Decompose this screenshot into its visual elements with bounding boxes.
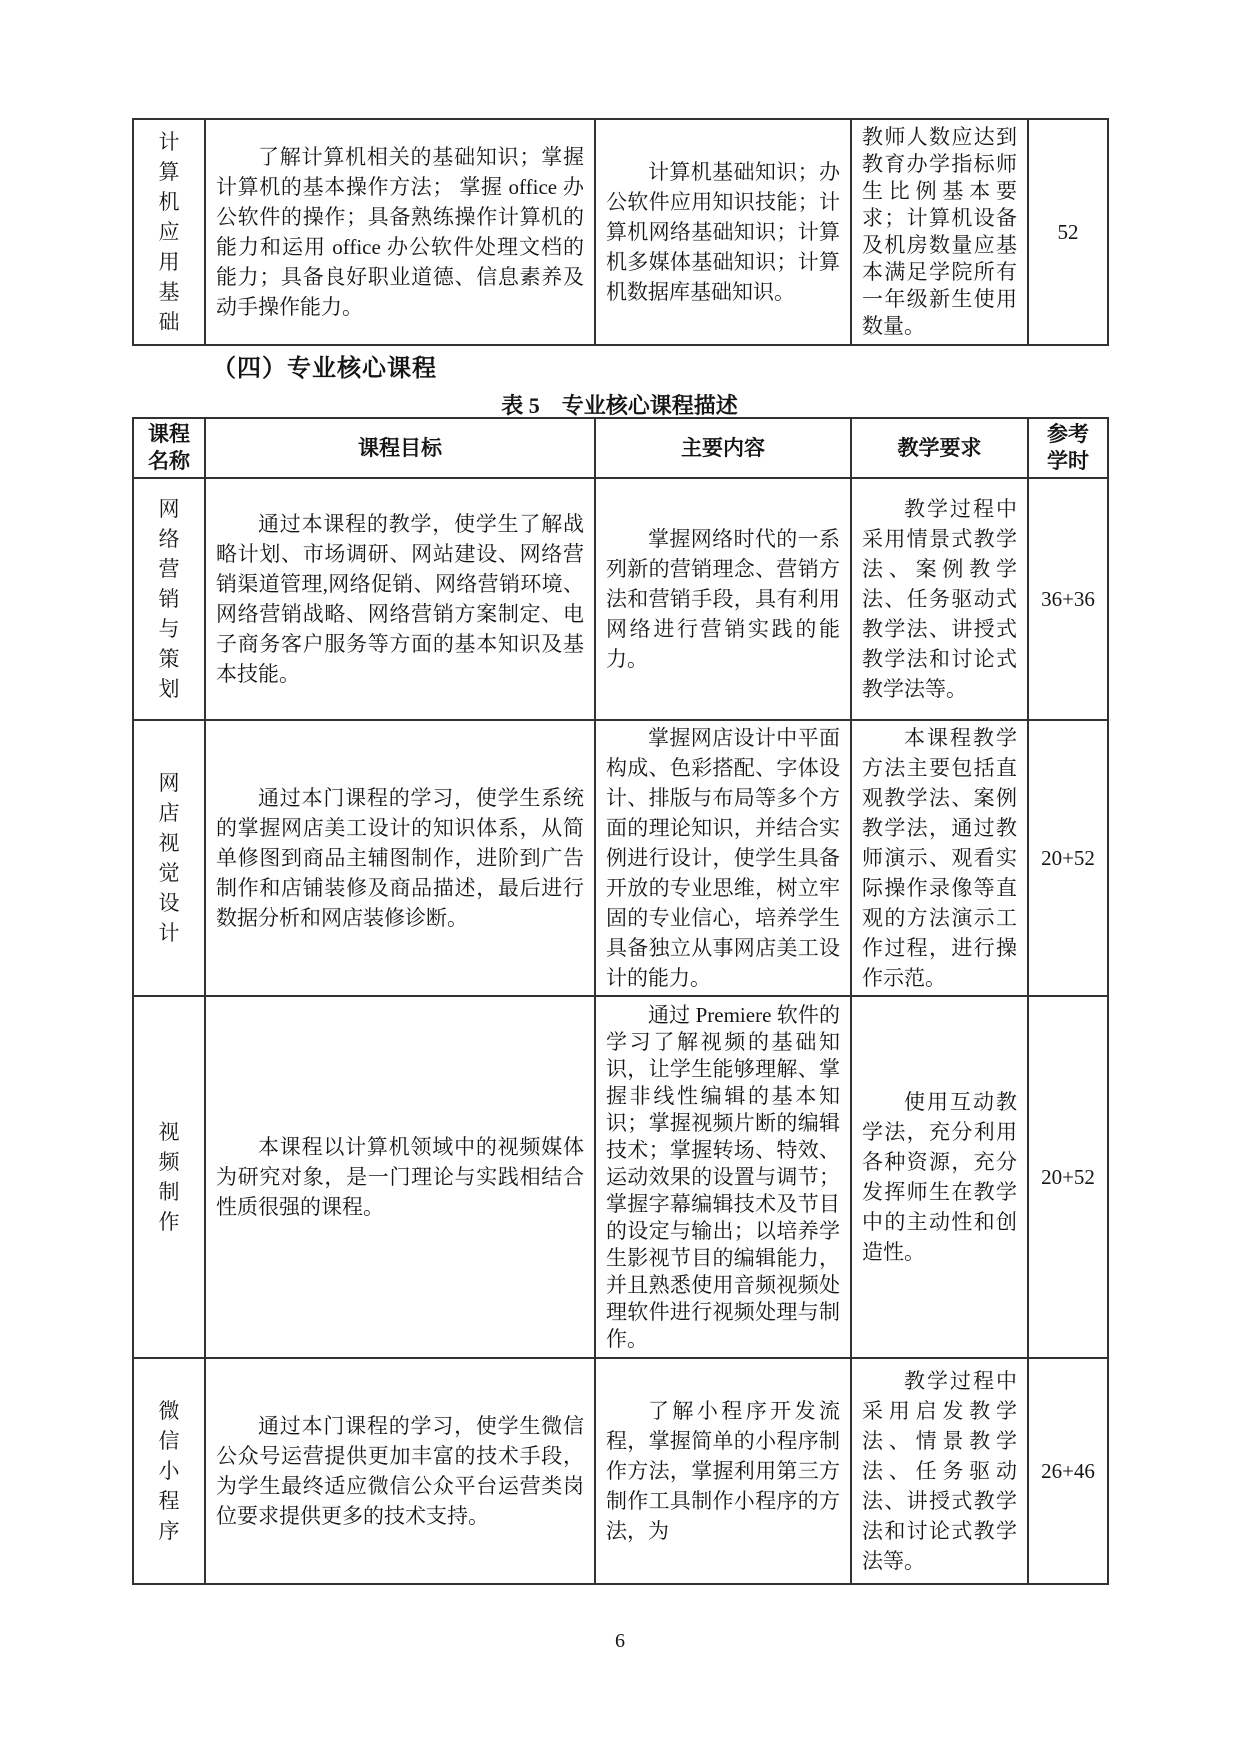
course-name-cell: 微信小程序 xyxy=(133,1358,205,1584)
table-row: 微信小程序 通过本门课程的学习，使学生微信公众号运营提供更加丰富的技术手段，为学… xyxy=(133,1358,1108,1584)
page-number: 6 xyxy=(0,1630,1240,1653)
course-goal: 通过本课程的教学，使学生了解战略计划、市场调研、网站建设、网络营销渠道管理,网络… xyxy=(216,509,584,689)
previous-course-table: 计算机应用基础 了解计算机相关的基础知识；掌握计算机的基本操作方法； 掌握 of… xyxy=(132,118,1109,346)
course-content-cell: 了解小程序开发流程，掌握简单的小程序制作方法，掌握利用第三方制作工具制作小程序的… xyxy=(595,1358,851,1584)
course-name-cell: 视频制作 xyxy=(133,996,205,1358)
course-requirement: 教学过程中采用情景式教学法、案例教学法、任务驱动式教学法、讲授式教学法和讨论式教… xyxy=(862,494,1017,704)
course-hours-cell: 20+52 xyxy=(1028,720,1108,996)
header-teaching-requirement: 教学要求 xyxy=(851,418,1028,478)
course-requirement: 教学过程中采用启发教学法、情景教学法、任务驱动法、讲授式教学法和讨论式教学法等。 xyxy=(862,1366,1017,1576)
table5-caption: 表 5 专业核心课程描述 xyxy=(132,389,1107,420)
course-content: 了解小程序开发流程，掌握简单的小程序制作方法，掌握利用第三方制作工具制作小程序的… xyxy=(606,1396,840,1546)
course-requirement: 使用互动教学法，充分利用各种资源，充分发挥师生在教学中的主动性和创造性。 xyxy=(862,1087,1017,1267)
course-goal-cell: 通过本门课程的学习，使学生系统的掌握网店美工设计的知识体系，从简单修图到商品主辅… xyxy=(205,720,595,996)
table-row: 网店视觉设计 通过本门课程的学习，使学生系统的掌握网店美工设计的知识体系，从简单… xyxy=(133,720,1108,996)
course-goal-cell: 本课程以计算机领域中的视频媒体为研究对象，是一门理论与实践相结合性质很强的课程。 xyxy=(205,996,595,1358)
course-hours: 20+52 xyxy=(1041,1165,1095,1189)
course-name-cell: 网店视觉设计 xyxy=(133,720,205,996)
course-name-cell: 网络营销与策划 xyxy=(133,478,205,720)
course-content-cell: 通过 Premiere 软件的学习了解视频的基础知识，让学生能够理解、掌握非线性… xyxy=(595,996,851,1358)
course-hours: 52 xyxy=(1058,220,1079,244)
course-goal-cell: 通过本课程的教学，使学生了解战略计划、市场调研、网站建设、网络营销渠道管理,网络… xyxy=(205,478,595,720)
course-hours: 20+52 xyxy=(1041,846,1095,870)
course-content-cell: 掌握网店设计中平面构成、色彩搭配、字体设计、排版与布局等多个方面的理论知识，并结… xyxy=(595,720,851,996)
course-goal-cell: 通过本门课程的学习，使学生微信公众号运营提供更加丰富的技术手段，为学生最终适应微… xyxy=(205,1358,595,1584)
course-content: 通过 Premiere 软件的学习了解视频的基础知识，让学生能够理解、掌握非线性… xyxy=(606,1002,840,1353)
course-goal: 本课程以计算机领域中的视频媒体为研究对象，是一门理论与实践相结合性质很强的课程。 xyxy=(216,1132,584,1222)
header-reference-hours: 参考学时 xyxy=(1028,418,1108,478)
table-row: 视频制作 本课程以计算机领域中的视频媒体为研究对象，是一门理论与实践相结合性质很… xyxy=(133,996,1108,1358)
header-course-name: 课程名称 xyxy=(133,418,205,478)
course-name: 网店视觉设计 xyxy=(156,768,182,948)
course-goal: 通过本门课程的学习，使学生微信公众号运营提供更加丰富的技术手段，为学生最终适应微… xyxy=(216,1411,584,1531)
course-requirement-cell: 教学过程中采用情景式教学法、案例教学法、任务驱动式教学法、讲授式教学法和讨论式教… xyxy=(851,478,1028,720)
core-course-table: 课程名称 课程目标 主要内容 教学要求 参考学时 网络营销与策划 通过本课程的教… xyxy=(132,417,1109,1585)
course-requirement: 本课程教学方法主要包括直观教学法、案例教学法，通过教师演示、观看实际操作录像等直… xyxy=(862,723,1017,993)
course-goal: 通过本门课程的学习，使学生系统的掌握网店美工设计的知识体系，从简单修图到商品主辅… xyxy=(216,783,584,933)
course-content: 掌握网络时代的一系列新的营销理念、营销方法和营销手段，具有利用网络进行营销实践的… xyxy=(606,524,840,674)
table-row: 计算机应用基础 了解计算机相关的基础知识；掌握计算机的基本操作方法； 掌握 of… xyxy=(133,119,1108,345)
course-hours-cell: 20+52 xyxy=(1028,996,1108,1358)
course-name: 网络营销与策划 xyxy=(156,494,182,704)
section-heading: （四）专业核心课程 xyxy=(212,348,437,383)
course-requirement-cell: 使用互动教学法，充分利用各种资源，充分发挥师生在教学中的主动性和创造性。 xyxy=(851,996,1028,1358)
course-name: 微信小程序 xyxy=(156,1396,182,1546)
course-content: 掌握网店设计中平面构成、色彩搭配、字体设计、排版与布局等多个方面的理论知识，并结… xyxy=(606,723,840,993)
table-header-row: 课程名称 课程目标 主要内容 教学要求 参考学时 xyxy=(133,418,1108,478)
course-name-cell: 计算机应用基础 xyxy=(133,119,205,345)
course-goal: 了解计算机相关的基础知识；掌握计算机的基本操作方法； 掌握 office 办公软… xyxy=(216,142,584,322)
course-requirement: 教师人数应达到教育办学指标师生比例基本要求；计算机设备及机房数量应基本满足学院所… xyxy=(862,124,1017,340)
course-hours-cell: 52 xyxy=(1028,119,1108,345)
course-content-cell: 掌握网络时代的一系列新的营销理念、营销方法和营销手段，具有利用网络进行营销实践的… xyxy=(595,478,851,720)
course-requirement-cell: 本课程教学方法主要包括直观教学法、案例教学法，通过教师演示、观看实际操作录像等直… xyxy=(851,720,1028,996)
course-content: 计算机基础知识；办公软件应用知识技能；计算机网络基础知识；计算机多媒体基础知识；… xyxy=(606,157,840,307)
course-hours: 36+36 xyxy=(1041,587,1095,611)
course-hours: 26+46 xyxy=(1041,1459,1095,1483)
course-goal-cell: 了解计算机相关的基础知识；掌握计算机的基本操作方法； 掌握 office 办公软… xyxy=(205,119,595,345)
course-requirement-cell: 教师人数应达到教育办学指标师生比例基本要求；计算机设备及机房数量应基本满足学院所… xyxy=(851,119,1028,345)
header-main-content: 主要内容 xyxy=(595,418,851,478)
table-row: 网络营销与策划 通过本课程的教学，使学生了解战略计划、市场调研、网站建设、网络营… xyxy=(133,478,1108,720)
course-name: 计算机应用基础 xyxy=(156,127,182,337)
course-hours-cell: 36+36 xyxy=(1028,478,1108,720)
course-hours-cell: 26+46 xyxy=(1028,1358,1108,1584)
header-course-goal: 课程目标 xyxy=(205,418,595,478)
course-requirement-cell: 教学过程中采用启发教学法、情景教学法、任务驱动法、讲授式教学法和讨论式教学法等。 xyxy=(851,1358,1028,1584)
course-name: 视频制作 xyxy=(156,1117,182,1237)
course-content-cell: 计算机基础知识；办公软件应用知识技能；计算机网络基础知识；计算机多媒体基础知识；… xyxy=(595,119,851,345)
